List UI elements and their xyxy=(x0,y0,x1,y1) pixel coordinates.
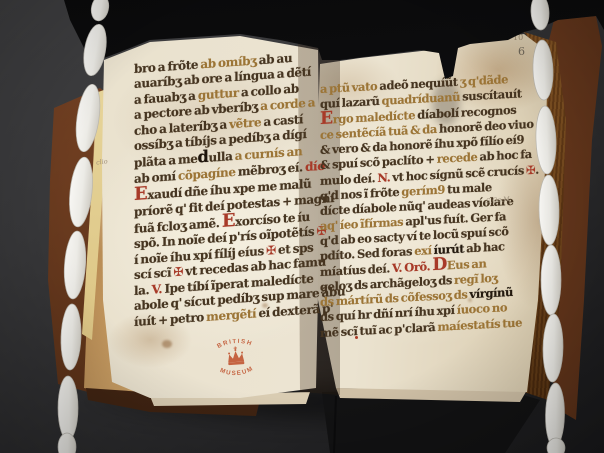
book-snake-right xyxy=(530,0,565,453)
book-snake-left xyxy=(58,0,111,453)
book-snake-weights xyxy=(0,0,604,453)
